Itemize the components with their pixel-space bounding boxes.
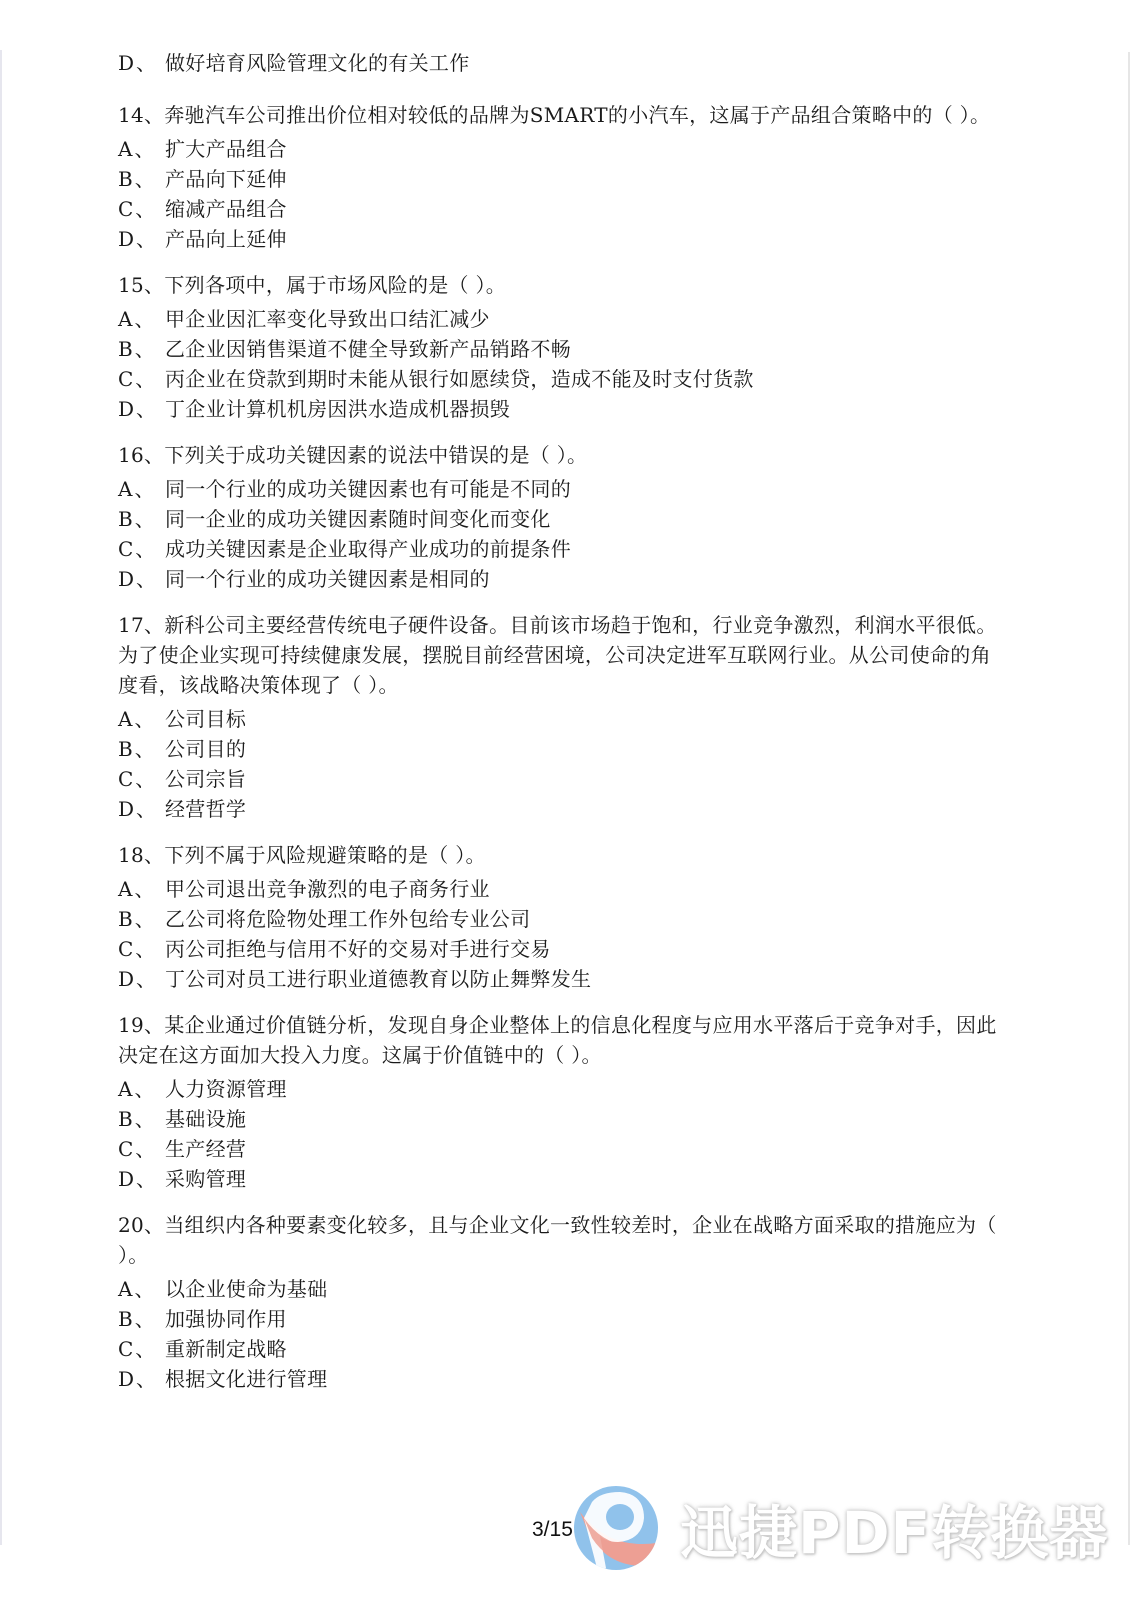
option-letter: A、	[118, 874, 165, 904]
option-letter: B、	[118, 1104, 165, 1134]
question-20: 20、当组织内各种要素变化较多，且与企业文化一致性较差时，企业在战略方面采取的措…	[118, 1210, 998, 1394]
question-stem: 19、某企业通过价值链分析，发现自身企业整体上的信息化程度与应用水平落后于竞争对…	[118, 1010, 998, 1070]
option-d: D、 产品向上延伸	[118, 224, 998, 254]
option-d: D、 采购管理	[118, 1164, 998, 1194]
question-16: 16、下列关于成功关键因素的说法中错误的是（ ）。 A、 同一个行业的成功关键因…	[118, 440, 998, 594]
option-text: 甲企业因汇率变化导致出口结汇减少	[165, 304, 490, 334]
option-text: 公司目标	[165, 704, 246, 734]
option-c: C、 生产经营	[118, 1134, 998, 1164]
option-d: D、 丁企业计算机机房因洪水造成机器损毁	[118, 394, 998, 424]
watermark: 迅捷PDF转换器	[570, 1482, 1108, 1574]
option-c: C、 公司宗旨	[118, 764, 998, 794]
option-b: B、 产品向下延伸	[118, 164, 998, 194]
option-c: C、 成功关键因素是企业取得产业成功的前提条件	[118, 534, 998, 564]
option-text: 同一个行业的成功关键因素是相同的	[165, 564, 490, 594]
question-stem: 18、下列不属于风险规避策略的是（ ）。	[118, 840, 998, 870]
option-text: 公司宗旨	[165, 764, 246, 794]
option-a: A、 人力资源管理	[118, 1074, 998, 1104]
option-text: 根据文化进行管理	[165, 1364, 327, 1394]
option-a: A、 同一个行业的成功关键因素也有可能是不同的	[118, 474, 998, 504]
option-letter: D、	[118, 794, 165, 824]
option-text: 做好培育风险管理文化的有关工作	[165, 48, 470, 78]
option-letter: D、	[118, 1164, 165, 1194]
question-18: 18、下列不属于风险规避策略的是（ ）。 A、 甲公司退出竞争激烈的电子商务行业…	[118, 840, 998, 994]
option-a: A、 公司目标	[118, 704, 998, 734]
option-text: 缩减产品组合	[165, 194, 287, 224]
option-b: B、 加强协同作用	[118, 1304, 998, 1334]
option-letter: A、	[118, 1074, 165, 1104]
page-number: 3/15	[532, 1518, 573, 1542]
page-border-left	[0, 50, 2, 1545]
question-stem: 20、当组织内各种要素变化较多，且与企业文化一致性较差时，企业在战略方面采取的措…	[118, 1210, 998, 1270]
option-text: 采购管理	[165, 1164, 246, 1194]
option-letter: B、	[118, 1304, 165, 1334]
option-letter: D、	[118, 564, 165, 594]
converter-logo-icon	[570, 1482, 662, 1574]
option-text: 以企业使命为基础	[165, 1274, 327, 1304]
option-text: 丁企业计算机机房因洪水造成机器损毁	[165, 394, 510, 424]
option-letter: C、	[118, 1134, 165, 1164]
option-b: B、 基础设施	[118, 1104, 998, 1134]
option-text: 重新制定战略	[165, 1334, 287, 1364]
option-b: B、 同一企业的成功关键因素随时间变化而变化	[118, 504, 998, 534]
option-letter: D、	[118, 964, 165, 994]
option-letter: D、	[118, 1364, 165, 1394]
option-letter: A、	[118, 474, 165, 504]
option-d: D、 丁公司对员工进行职业道德教育以防止舞弊发生	[118, 964, 998, 994]
option-text: 同一个行业的成功关键因素也有可能是不同的	[165, 474, 571, 504]
option-a: A、 甲企业因汇率变化导致出口结汇减少	[118, 304, 998, 334]
option-text: 生产经营	[165, 1134, 246, 1164]
option-b: B、 乙企业因销售渠道不健全导致新产品销路不畅	[118, 334, 998, 364]
option-text: 丙企业在贷款到期时未能从银行如愿续贷，造成不能及时支付货款	[165, 364, 754, 394]
option-text: 乙公司将危险物处理工作外包给专业公司	[165, 904, 530, 934]
option-letter: A、	[118, 1274, 165, 1304]
option-text: 丁公司对员工进行职业道德教育以防止舞弊发生	[165, 964, 591, 994]
option-c: C、 丙公司拒绝与信用不好的交易对手进行交易	[118, 934, 998, 964]
option-c: C、 重新制定战略	[118, 1334, 998, 1364]
option-d-previous-question: D、 做好培育风险管理文化的有关工作	[118, 48, 998, 78]
option-letter: B、	[118, 734, 165, 764]
question-stem: 17、新科公司主要经营传统电子硬件设备。目前该市场趋于饱和，行业竞争激烈，利润水…	[118, 610, 998, 700]
option-b: B、 公司目的	[118, 734, 998, 764]
option-d: D、 根据文化进行管理	[118, 1364, 998, 1394]
option-letter: B、	[118, 334, 165, 364]
option-letter: B、	[118, 164, 165, 194]
option-letter: C、	[118, 1334, 165, 1364]
question-stem: 16、下列关于成功关键因素的说法中错误的是（ ）。	[118, 440, 998, 470]
question-17: 17、新科公司主要经营传统电子硬件设备。目前该市场趋于饱和，行业竞争激烈，利润水…	[118, 610, 998, 824]
watermark-text: 迅捷PDF转换器	[680, 1486, 1108, 1570]
option-d: D、 同一个行业的成功关键因素是相同的	[118, 564, 998, 594]
question-15: 15、下列各项中，属于市场风险的是（ ）。 A、 甲企业因汇率变化导致出口结汇减…	[118, 270, 998, 424]
option-text: 丙公司拒绝与信用不好的交易对手进行交易	[165, 934, 551, 964]
option-text: 扩大产品组合	[165, 134, 287, 164]
option-letter: A、	[118, 304, 165, 334]
option-letter: D、	[118, 394, 165, 424]
option-c: C、 缩减产品组合	[118, 194, 998, 224]
page-content: D、 做好培育风险管理文化的有关工作 14、奔驰汽车公司推出价位相对较低的品牌为…	[118, 48, 998, 1410]
question-stem: 14、奔驰汽车公司推出价位相对较低的品牌为SMART的小汽车，这属于产品组合策略…	[118, 100, 998, 130]
option-text: 乙企业因销售渠道不健全导致新产品销路不畅	[165, 334, 571, 364]
option-text: 加强协同作用	[165, 1304, 287, 1334]
option-b: B、 乙公司将危险物处理工作外包给专业公司	[118, 904, 998, 934]
option-text: 甲公司退出竞争激烈的电子商务行业	[165, 874, 490, 904]
question-stem: 15、下列各项中，属于市场风险的是（ ）。	[118, 270, 998, 300]
option-c: C、 丙企业在贷款到期时未能从银行如愿续贷，造成不能及时支付货款	[118, 364, 998, 394]
option-letter: D、	[118, 224, 165, 254]
option-a: A、 扩大产品组合	[118, 134, 998, 164]
option-d: D、 经营哲学	[118, 794, 998, 824]
option-text: 产品向上延伸	[165, 224, 287, 254]
option-letter: D、	[118, 48, 165, 78]
option-letter: C、	[118, 934, 165, 964]
question-19: 19、某企业通过价值链分析，发现自身企业整体上的信息化程度与应用水平落后于竞争对…	[118, 1010, 998, 1194]
option-text: 成功关键因素是企业取得产业成功的前提条件	[165, 534, 571, 564]
option-letter: B、	[118, 904, 165, 934]
option-a: A、 以企业使命为基础	[118, 1274, 998, 1304]
option-letter: C、	[118, 194, 165, 224]
option-letter: C、	[118, 764, 165, 794]
question-14: 14、奔驰汽车公司推出价位相对较低的品牌为SMART的小汽车，这属于产品组合策略…	[118, 100, 998, 254]
option-text: 基础设施	[165, 1104, 246, 1134]
option-letter: A、	[118, 134, 165, 164]
option-text: 经营哲学	[165, 794, 246, 824]
option-letter: C、	[118, 534, 165, 564]
option-text: 公司目的	[165, 734, 246, 764]
option-text: 产品向下延伸	[165, 164, 287, 194]
option-text: 人力资源管理	[165, 1074, 287, 1104]
option-letter: B、	[118, 504, 165, 534]
option-text: 同一企业的成功关键因素随时间变化而变化	[165, 504, 551, 534]
option-letter: A、	[118, 704, 165, 734]
option-letter: C、	[118, 364, 165, 394]
option-a: A、 甲公司退出竞争激烈的电子商务行业	[118, 874, 998, 904]
